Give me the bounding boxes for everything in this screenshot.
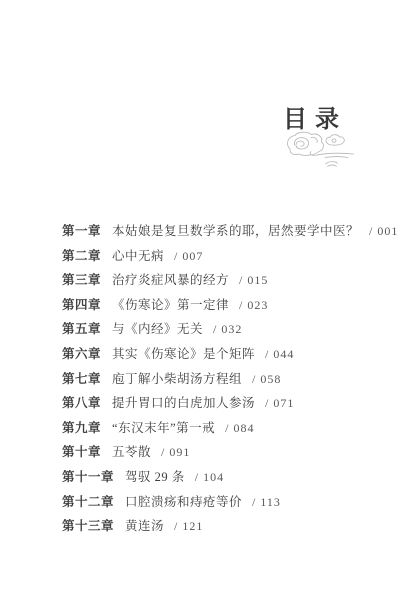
chapter-title: 治疗炎症风暴的经方 xyxy=(112,270,229,288)
chapter-label: 第七章 xyxy=(62,369,101,387)
chapter-title: 其实《伤寒论》是个矩阵 xyxy=(112,344,255,362)
chapter-title: 驾驭 29 条 xyxy=(125,467,185,485)
chapter-label: 第一章 xyxy=(62,221,101,239)
chapter-title: “东汉末年”第一戒 xyxy=(112,418,215,436)
toc-entry[interactable]: 第六章 其实《伤寒论》是个矩阵 / 044 xyxy=(62,344,384,369)
chapter-page-number: / 104 xyxy=(195,470,224,485)
toc-entry[interactable]: 第十二章 口腔溃疡和痔疮等价 / 113 xyxy=(62,492,384,517)
chapter-page-number: / 084 xyxy=(225,421,254,436)
chapter-label: 第十二章 xyxy=(62,492,114,510)
toc-page: 目 录 第一章 本姑娘是复旦数学系的耶，居然要学中医？ / 001 第二章 心中… xyxy=(0,0,414,600)
toc-entry[interactable]: 第九章 “东汉末年”第一戒 / 084 xyxy=(62,418,384,443)
chapter-label: 第二章 xyxy=(62,246,101,264)
chapter-page-number: / 113 xyxy=(252,495,281,510)
cloud-decoration-icon xyxy=(281,130,363,172)
chapter-page-number: / 015 xyxy=(239,273,268,288)
toc-entry[interactable]: 第二章 心中无病 / 007 xyxy=(62,246,384,271)
chapter-label: 第三章 xyxy=(62,270,101,288)
chapter-label: 第四章 xyxy=(62,295,101,313)
chapter-title: 本姑娘是复旦数学系的耶，居然要学中医？ xyxy=(112,221,359,239)
toc-entry[interactable]: 第七章 庖丁解小柴胡汤方程组 / 058 xyxy=(62,369,384,394)
toc-entry[interactable]: 第四章 《伤寒论》第一定律 / 023 xyxy=(62,295,384,320)
toc-entry[interactable]: 第十一章 驾驭 29 条 / 104 xyxy=(62,467,384,492)
chapter-title: 五苓散 xyxy=(112,442,151,460)
chapter-label: 第八章 xyxy=(62,393,101,411)
chapter-page-number: / 044 xyxy=(265,347,294,362)
toc-entry[interactable]: 第一章 本姑娘是复旦数学系的耶，居然要学中医？ / 001 xyxy=(62,221,384,246)
toc-entry[interactable]: 第三章 治疗炎症风暴的经方 / 015 xyxy=(62,270,384,295)
chapter-label: 第五章 xyxy=(62,319,101,337)
chapter-page-number: / 121 xyxy=(174,519,203,534)
chapter-label: 第六章 xyxy=(62,344,101,362)
chapter-label: 第十章 xyxy=(62,442,101,460)
chapter-title: 提升胃口的白虎加人参汤 xyxy=(112,393,255,411)
chapter-page-number: / 001 xyxy=(369,224,398,239)
toc-entry[interactable]: 第十三章 黄连汤 / 121 xyxy=(62,516,384,541)
chapter-title: 黄连汤 xyxy=(125,516,164,534)
chapter-title: 庖丁解小柴胡汤方程组 xyxy=(112,369,242,387)
chapter-title: 口腔溃疡和痔疮等价 xyxy=(125,492,242,510)
toc-entry[interactable]: 第五章 与《内经》无关 / 032 xyxy=(62,319,384,344)
chapter-label: 第十三章 xyxy=(62,516,114,534)
chapter-page-number: / 058 xyxy=(252,372,281,387)
page-title: 目 录 xyxy=(283,99,340,134)
chapter-title: 与《内经》无关 xyxy=(112,319,203,337)
toc-entry[interactable]: 第八章 提升胃口的白虎加人参汤 / 071 xyxy=(62,393,384,418)
chapter-page-number: / 032 xyxy=(213,322,242,337)
chapter-label: 第九章 xyxy=(62,418,101,436)
toc-list: 第一章 本姑娘是复旦数学系的耶，居然要学中医？ / 001 第二章 心中无病 /… xyxy=(62,221,384,541)
chapter-page-number: / 091 xyxy=(161,445,190,460)
chapter-page-number: / 023 xyxy=(239,298,268,313)
chapter-page-number: / 071 xyxy=(265,396,294,411)
chapter-title: 心中无病 xyxy=(112,246,164,264)
chapter-page-number: / 007 xyxy=(174,249,203,264)
toc-entry[interactable]: 第十章 五苓散 / 091 xyxy=(62,442,384,467)
chapter-title: 《伤寒论》第一定律 xyxy=(112,295,229,313)
chapter-label: 第十一章 xyxy=(62,467,114,485)
